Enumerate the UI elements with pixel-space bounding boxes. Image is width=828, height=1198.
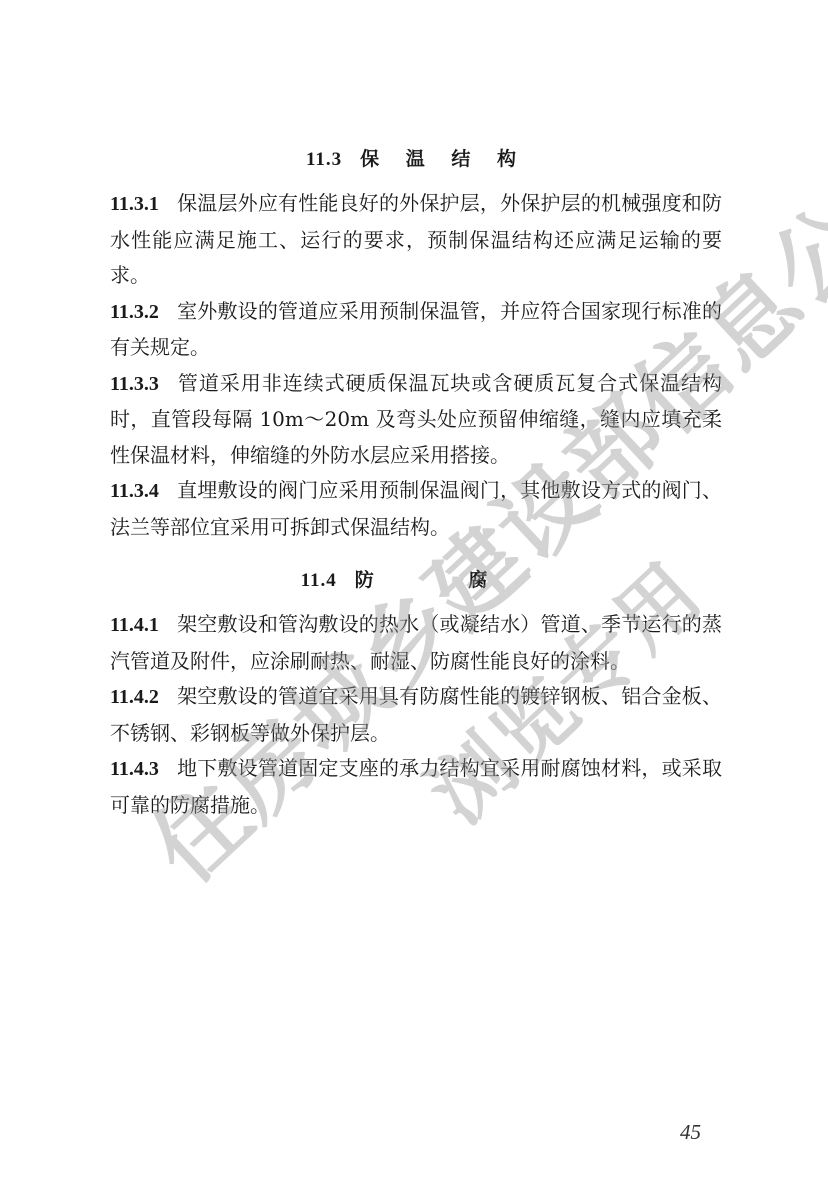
clause-text: 管道采用非连续式硬质保温瓦块或含硬质瓦复合式保温结构时，直管段每隔 10m～20… — [110, 371, 722, 467]
clause-text: 架空敷设和管沟敷设的热水（或凝结水）管道、季节运行的蒸汽管道及附件，应涂刷耐热、… — [110, 612, 722, 673]
page-content: 11.3保 温 结 构 11.3.1保温层外应有性能良好的外保护层，外保护层的机… — [110, 142, 722, 823]
clause-number: 11.4.3 — [110, 758, 159, 780]
clause-text: 保温层外应有性能良好的外保护层，外保护层的机械强度和防水性能应满足施工、运行的要… — [110, 191, 722, 287]
clause-11-3-2: 11.3.2室外敷设的管道应采用预制保温管，并应符合国家现行标准的有关规定。 — [110, 294, 722, 366]
document-page: 11.3保 温 结 构 11.3.1保温层外应有性能良好的外保护层，外保护层的机… — [0, 0, 828, 1198]
clause-number: 11.3.1 — [110, 193, 159, 215]
clause-number: 11.3.2 — [110, 301, 159, 323]
section-number: 11.3 — [306, 149, 342, 170]
clause-11-4-1: 11.4.1架空敷设和管沟敷设的热水（或凝结水）管道、季节运行的蒸汽管道及附件，… — [110, 607, 722, 679]
clause-11-3-3: 11.3.3管道采用非连续式硬质保温瓦块或含硬质瓦复合式保温结构时，直管段每隔 … — [110, 366, 722, 474]
section-heading-11-3: 11.3保 温 结 构 — [110, 142, 722, 176]
clause-11-3-4: 11.3.4直埋敷设的阀门应采用预制保温阀门，其他敷设方式的阀门、法兰等部位宜采… — [110, 473, 722, 545]
section-gap — [110, 545, 722, 563]
clause-11-4-3: 11.4.3地下敷设管道固定支座的承力结构宜采用耐腐蚀材料，或采取可靠的防腐措施… — [110, 751, 722, 823]
section-heading-11-4: 11.4防 腐 — [110, 563, 722, 597]
clause-11-4-2: 11.4.2架空敷设的管道宜采用具有防腐性能的镀锌钢板、铝合金板、不锈钢、彩钢板… — [110, 679, 722, 751]
clause-text: 直埋敷设的阀门应采用预制保温阀门，其他敷设方式的阀门、法兰等部位宜采用可拆卸式保… — [110, 478, 722, 539]
section-title: 保 温 结 构 — [360, 148, 526, 170]
clause-number: 11.4.2 — [110, 686, 159, 708]
clause-number: 11.3.3 — [110, 373, 159, 395]
clause-text: 地下敷设管道固定支座的承力结构宜采用耐腐蚀材料，或采取可靠的防腐措施。 — [110, 756, 722, 817]
clause-number: 11.3.4 — [110, 480, 159, 502]
clause-text: 室外敷设的管道应采用预制保温管，并应符合国家现行标准的有关规定。 — [110, 299, 722, 360]
clause-text: 架空敷设的管道宜采用具有防腐性能的镀锌钢板、铝合金板、不锈钢、彩钢板等做外保护层… — [110, 684, 722, 745]
section-title: 防 腐 — [355, 569, 532, 591]
clause-11-3-1: 11.3.1保温层外应有性能良好的外保护层，外保护层的机械强度和防水性能应满足施… — [110, 186, 722, 294]
section-number: 11.4 — [301, 570, 337, 591]
clause-number: 11.4.1 — [110, 614, 159, 636]
page-number: 45 — [680, 1120, 701, 1145]
